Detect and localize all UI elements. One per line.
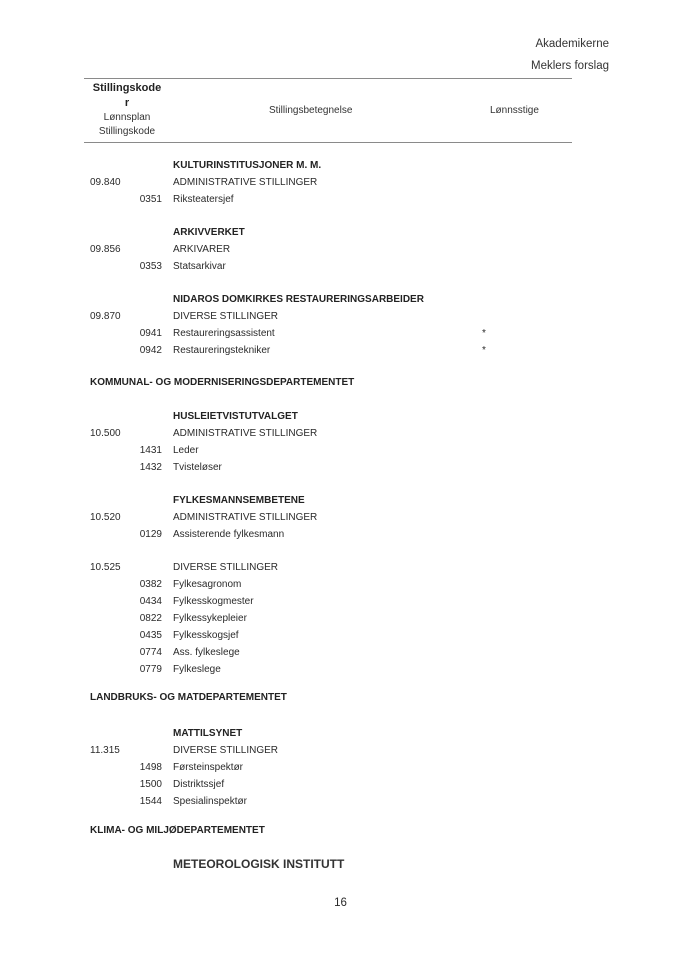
stillingskode-cell: 1498	[120, 759, 162, 776]
group-row: 09.870DIVERSE STILLINGER	[0, 308, 681, 325]
stillingsbetegnelse-cell: Fylkesagronom	[173, 576, 241, 593]
column-header-code-bold: Stillingskode	[84, 82, 170, 94]
stillingsbetegnelse-cell: HUSLEIETVISTUTVALGET	[173, 408, 298, 425]
agency-heading: METEOROLOGISK INSTITUTT	[173, 857, 344, 871]
group-row: 10.525DIVERSE STILLINGER	[0, 559, 681, 576]
position-row: 0129Assisterende fylkesmann	[0, 526, 681, 543]
department-heading: KOMMUNAL- OG MODERNISERINGSDEPARTEMENTET	[90, 377, 354, 388]
stillingskode-cell: 1500	[120, 776, 162, 793]
position-row: 1432Tvisteløser	[0, 459, 681, 476]
stillingsbetegnelse-cell: DIVERSE STILLINGER	[173, 559, 278, 576]
stillingsbetegnelse-cell: ADMINISTRATIVE STILLINGER	[173, 425, 317, 442]
stillingskode-cell: 1431	[120, 442, 162, 459]
lonnsplan-cell: 10.520	[90, 509, 121, 526]
stillingskode-cell: 1432	[120, 459, 162, 476]
stillingsbetegnelse-cell: Fylkeslege	[173, 661, 221, 678]
document-subtitle: Meklers forslag	[531, 60, 609, 72]
position-row: 1498Førsteinspektør	[0, 759, 681, 776]
stillingsbetegnelse-cell: Ass. fylkeslege	[173, 644, 240, 661]
stillingsbetegnelse-cell: Fylkesskogmester	[173, 593, 254, 610]
stillingskode-cell: 0822	[120, 610, 162, 627]
stillingskode-cell: 0129	[120, 526, 162, 543]
stillingsbetegnelse-cell: NIDAROS DOMKIRKES RESTAURERINGSARBEIDER	[173, 291, 424, 308]
department-heading: LANDBRUKS- OG MATDEPARTEMENTET	[90, 692, 287, 703]
position-row: 0774Ass. fylkeslege	[0, 644, 681, 661]
organization-name: Akademikerne	[535, 38, 609, 50]
position-row: 1500Distriktssjef	[0, 776, 681, 793]
stillingsbetegnelse-cell: DIVERSE STILLINGER	[173, 308, 278, 325]
stillingsbetegnelse-cell: Fylkesskogsjef	[173, 627, 239, 644]
stillingsbetegnelse-cell: Distriktssjef	[173, 776, 224, 793]
stillingsbetegnelse-cell: ADMINISTRATIVE STILLINGER	[173, 509, 317, 526]
stillingsbetegnelse-cell: Assisterende fylkesmann	[173, 526, 284, 543]
stillingskode-cell: 0434	[120, 593, 162, 610]
position-row: 0941Restaureringsassistent*	[0, 325, 681, 342]
stillingsbetegnelse-cell: Leder	[173, 442, 199, 459]
section-heading-row: NIDAROS DOMKIRKES RESTAURERINGSARBEIDER	[0, 291, 681, 308]
section-heading-row: ARKIVVERKET	[0, 224, 681, 241]
section-heading-row: FYLKESMANNSEMBETENE	[0, 492, 681, 509]
column-header-lonnsplan: Lønnsplan	[84, 112, 170, 123]
column-header-ladder: Lønnsstige	[490, 105, 539, 116]
position-row: 1544Spesialinspektør	[0, 793, 681, 810]
header-top-rule	[84, 78, 572, 79]
stillingsbetegnelse-cell: Restaureringsassistent	[173, 325, 275, 342]
position-row: 1431Leder	[0, 442, 681, 459]
stillingsbetegnelse-cell: ARKIVARER	[173, 241, 230, 258]
stillingsbetegnelse-cell: FYLKESMANNSEMBETENE	[173, 492, 305, 509]
group-row: 09.856ARKIVARER	[0, 241, 681, 258]
stillingsbetegnelse-cell: DIVERSE STILLINGER	[173, 742, 278, 759]
page-number: 16	[0, 897, 681, 909]
column-header-code-bold-wrap: r	[84, 97, 170, 109]
stillingsbetegnelse-cell: ADMINISTRATIVE STILLINGER	[173, 174, 317, 191]
position-row: 0435Fylkesskogsjef	[0, 627, 681, 644]
lonnsplan-cell: 10.525	[90, 559, 121, 576]
position-row: 0351Riksteatersjef	[0, 191, 681, 208]
group-row: 10.500ADMINISTRATIVE STILLINGER	[0, 425, 681, 442]
group-row: 09.840ADMINISTRATIVE STILLINGER	[0, 174, 681, 191]
stillingskode-cell: 0779	[120, 661, 162, 678]
stillingsbetegnelse-cell: Riksteatersjef	[173, 191, 234, 208]
section-heading-row: HUSLEIETVISTUTVALGET	[0, 408, 681, 425]
stillingskode-cell: 0942	[120, 342, 162, 359]
lonnsstige-cell: *	[482, 325, 486, 342]
lonnsplan-cell: 09.856	[90, 241, 121, 258]
header-bottom-rule	[84, 142, 572, 143]
position-row: 0382Fylkesagronom	[0, 576, 681, 593]
column-header-title: Stillingsbetegnelse	[269, 105, 352, 116]
stillingsbetegnelse-cell: ARKIVVERKET	[173, 224, 245, 241]
section-heading-row: MATTILSYNET	[0, 725, 681, 742]
stillingskode-cell: 0774	[120, 644, 162, 661]
stillingsbetegnelse-cell: Fylkessykepleier	[173, 610, 247, 627]
lonnsplan-cell: 11.315	[90, 742, 120, 759]
section-heading-row: KULTURINSTITUSJONER M. M.	[0, 157, 681, 174]
position-row: 0434Fylkesskogmester	[0, 593, 681, 610]
group-row: 10.520ADMINISTRATIVE STILLINGER	[0, 509, 681, 526]
column-header-stillingskode: Stillingskode	[84, 126, 170, 137]
group-row: 11.315DIVERSE STILLINGER	[0, 742, 681, 759]
stillingsbetegnelse-cell: Restaureringstekniker	[173, 342, 270, 359]
position-row: 0779Fylkeslege	[0, 661, 681, 678]
stillingsbetegnelse-cell: Statsarkivar	[173, 258, 226, 275]
position-row: 0822Fylkessykepleier	[0, 610, 681, 627]
stillingskode-cell: 0351	[120, 191, 162, 208]
stillingskode-cell: 0435	[120, 627, 162, 644]
lonnsplan-cell: 09.870	[90, 308, 121, 325]
lonnsplan-cell: 09.840	[90, 174, 121, 191]
position-row: 0942Restaureringstekniker*	[0, 342, 681, 359]
position-row: 0353Statsarkivar	[0, 258, 681, 275]
stillingsbetegnelse-cell: Spesialinspektør	[173, 793, 247, 810]
stillingsbetegnelse-cell: MATTILSYNET	[173, 725, 242, 742]
lonnsplan-cell: 10.500	[90, 425, 121, 442]
stillingsbetegnelse-cell: Tvisteløser	[173, 459, 222, 476]
stillingskode-cell: 1544	[120, 793, 162, 810]
lonnsstige-cell: *	[482, 342, 486, 359]
stillingskode-cell: 0382	[120, 576, 162, 593]
stillingskode-cell: 0941	[120, 325, 162, 342]
stillingskode-cell: 0353	[120, 258, 162, 275]
stillingsbetegnelse-cell: KULTURINSTITUSJONER M. M.	[173, 157, 321, 174]
stillingsbetegnelse-cell: Førsteinspektør	[173, 759, 243, 776]
department-heading: KLIMA- OG MILJØDEPARTEMENTET	[90, 825, 265, 836]
